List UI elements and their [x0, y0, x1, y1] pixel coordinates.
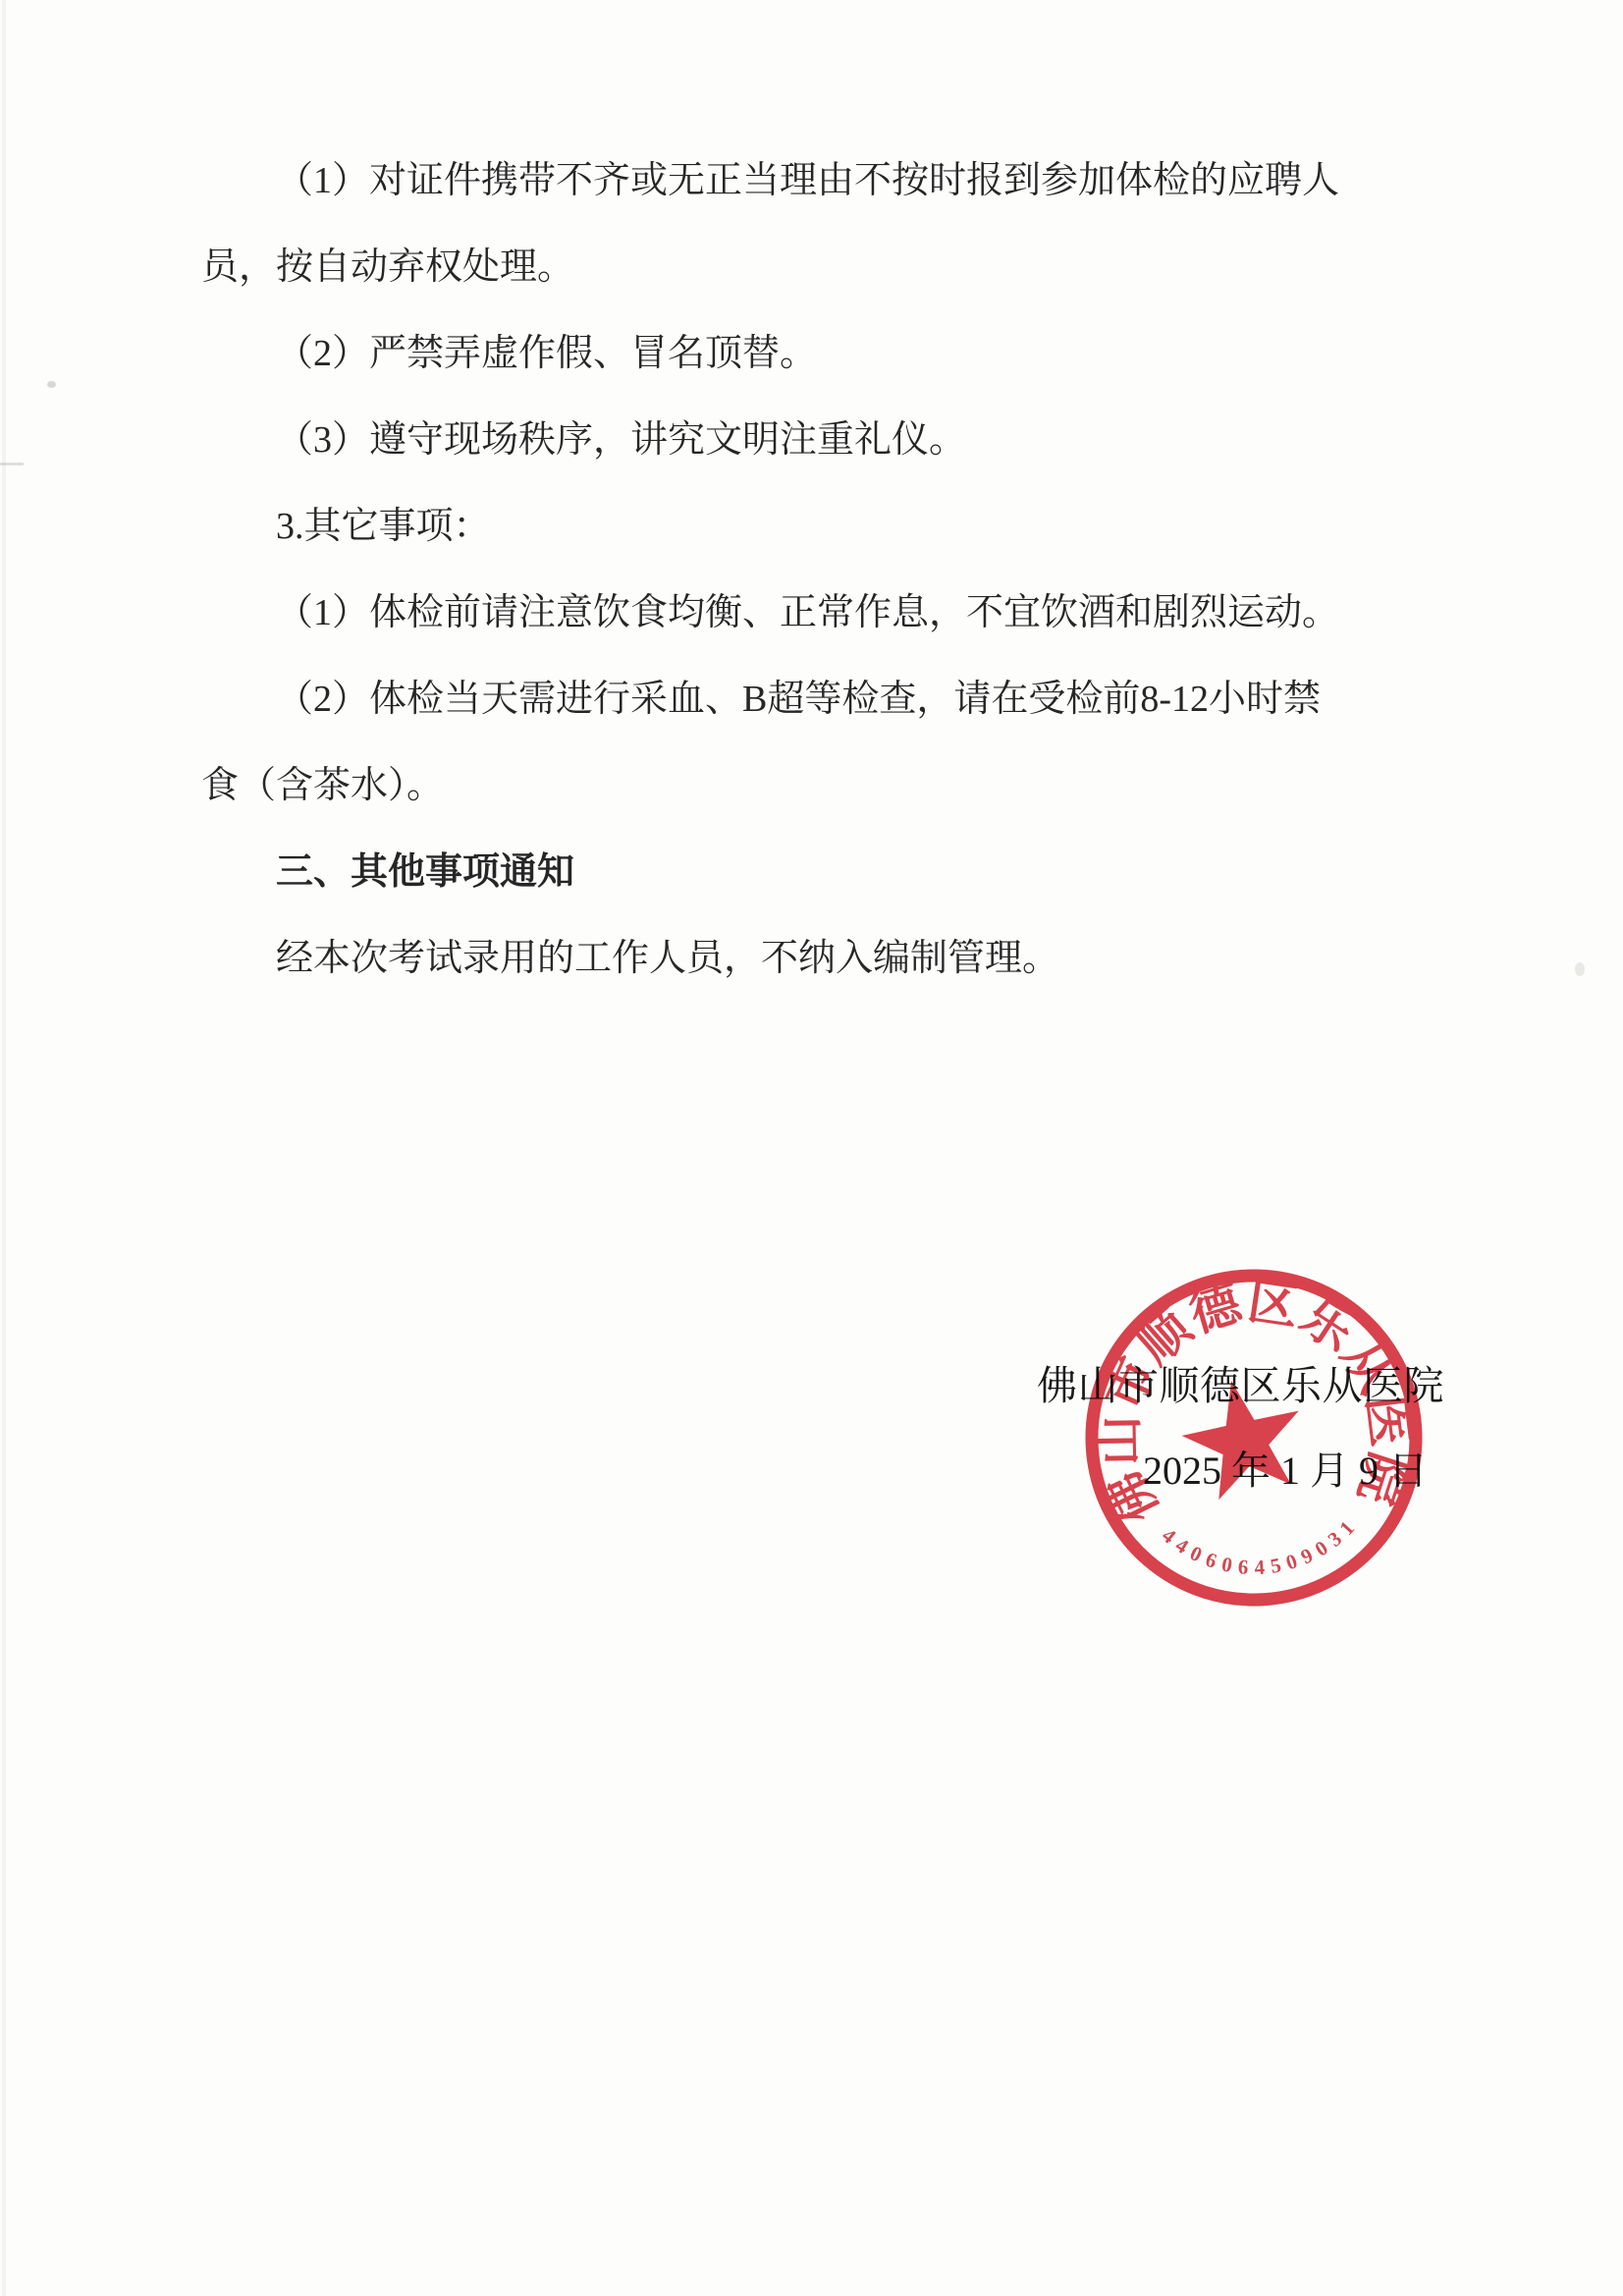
seal-star-icon — [1172, 1368, 1313, 1504]
body-line: 经本次考试录用的工作人员，不纳入编制管理。 — [201, 915, 1370, 1002]
scanned-document-page: （1）对证件携带不齐或无正当理由不按时报到参加体检的应聘人 员，按自动弃权处理。… — [0, 0, 1623, 2296]
scan-speck — [0, 463, 24, 465]
body-line: （2）严禁弄虚作假、冒名顶替。 — [201, 310, 1370, 397]
body-line: 员，按自动弃权处理。 — [201, 224, 1370, 310]
body-line: （3）遵守现场秩序，讲究文明注重礼仪。 — [201, 397, 1370, 483]
scan-speck — [47, 381, 56, 388]
body-line: （1）对证件携带不齐或无正当理由不按时报到参加体检的应聘人 — [201, 137, 1370, 224]
body-line: 3.其它事项： — [201, 483, 1370, 570]
seal-group: 佛山市顺德区乐从医院 4406064509031 — [1081, 1263, 1428, 1611]
scan-edge-artifact — [2, 0, 6, 2296]
body-line: （1）体检前请注意饮食均衡、正常作息，不宜饮酒和剧烈运动。 — [201, 570, 1370, 656]
seal-arc-text: 佛山市顺德区乐从医院 — [1081, 1263, 1422, 1533]
scan-speck — [1575, 962, 1585, 976]
document-body: （1）对证件携带不齐或无正当理由不按时报到参加体检的应聘人 员，按自动弃权处理。… — [201, 137, 1370, 1002]
body-line: 食（含茶水）。 — [201, 742, 1370, 829]
body-line: （2）体检当天需进行采血、B超等检查，请在受检前8-12小时禁 — [201, 656, 1370, 742]
section-heading: 三、其他事项通知 — [201, 829, 1370, 915]
official-seal: 佛山市顺德区乐从医院 4406064509031 — [1067, 1251, 1440, 1624]
